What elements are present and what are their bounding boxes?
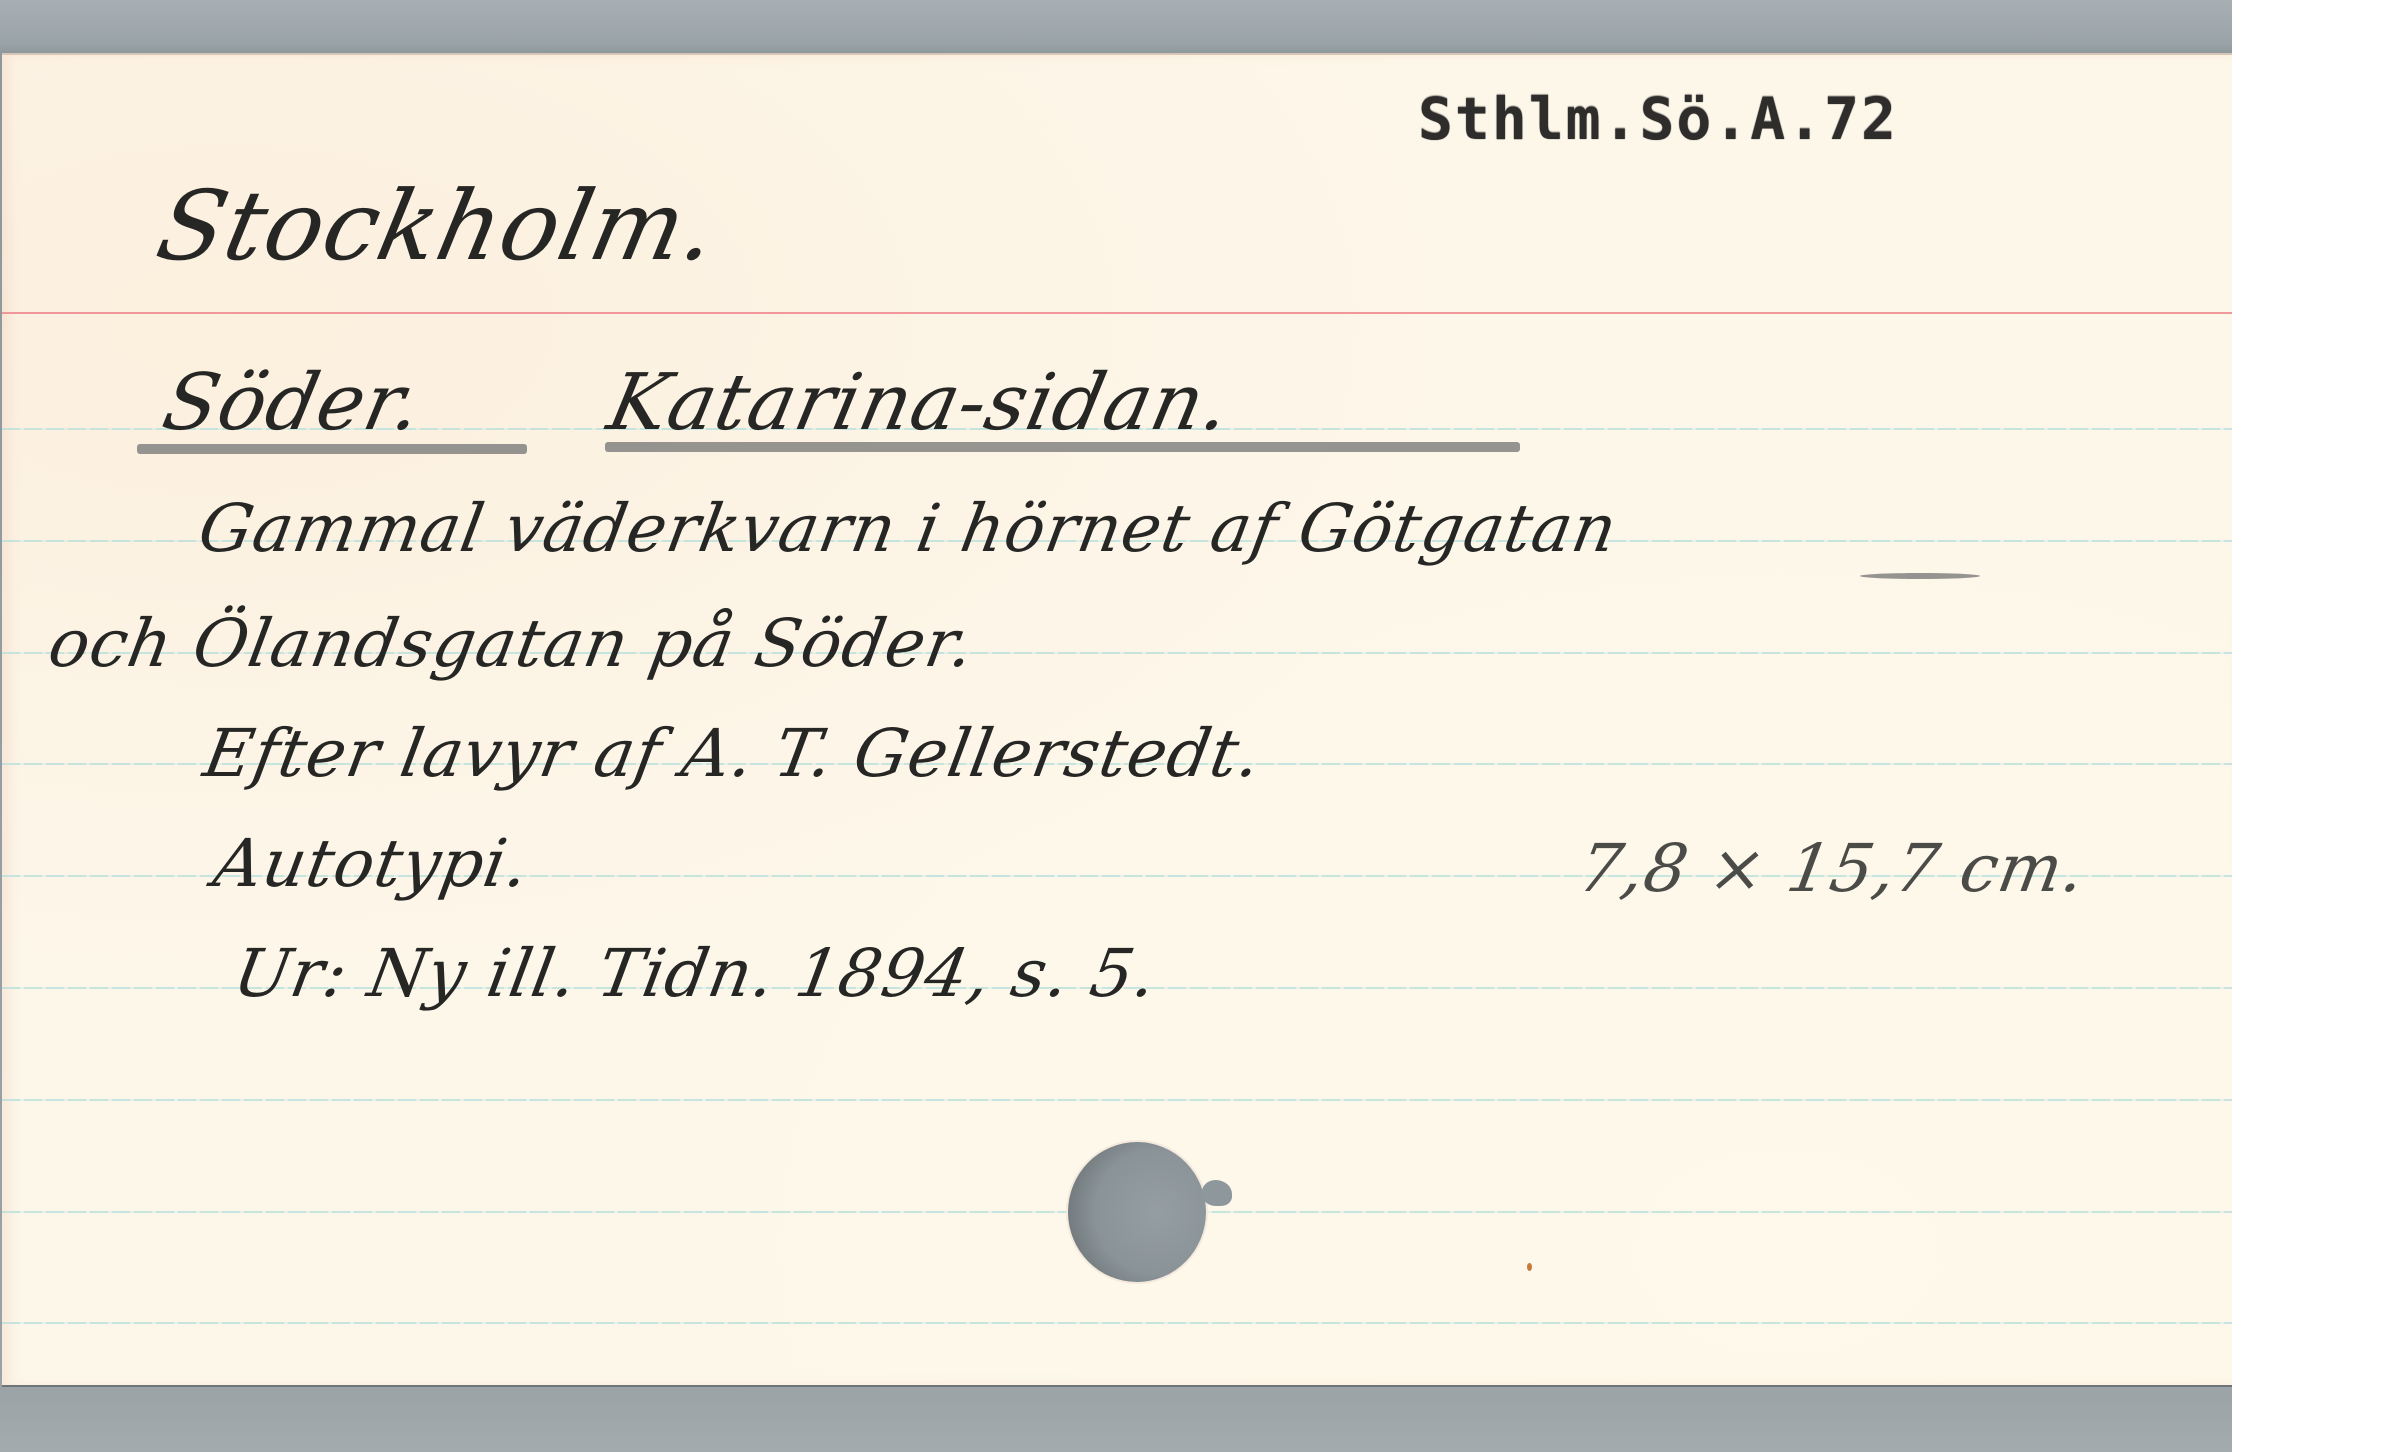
- punch-hole: [1068, 1142, 1206, 1282]
- description-line-2: och Ölandsgatan på Söder.: [43, 605, 980, 682]
- source-line: Ur: Ny ill. Tidn. 1894, s. 5.: [228, 935, 1163, 1012]
- district-underline: [137, 444, 527, 454]
- subtitle-area: Katarina-sidan.: [600, 358, 1239, 448]
- ruled-line: [2, 1322, 2232, 1324]
- subtitle-district: Söder.: [155, 358, 430, 448]
- artist-line: Efter lavyr af A. T. Gellerstedt.: [198, 715, 1267, 792]
- paper-speck: [1527, 1263, 1532, 1271]
- street-underline: [1860, 573, 1980, 579]
- call-number-stamp: Sthlm.Sö.A.72: [1418, 85, 1898, 153]
- area-underline: [605, 442, 1520, 452]
- technique-line: Autotypi.: [208, 825, 535, 902]
- red-header-rule: [2, 312, 2232, 314]
- card-title: Stockholm.: [148, 170, 728, 282]
- punch-hole-tear: [1202, 1180, 1232, 1206]
- ruled-line: [2, 1099, 2232, 1101]
- description-line-1: Gammal väderkvarn i hörnet af Götgatan: [193, 490, 1623, 567]
- dimensions: 7,8 × 15,7 cm.: [1573, 830, 2091, 907]
